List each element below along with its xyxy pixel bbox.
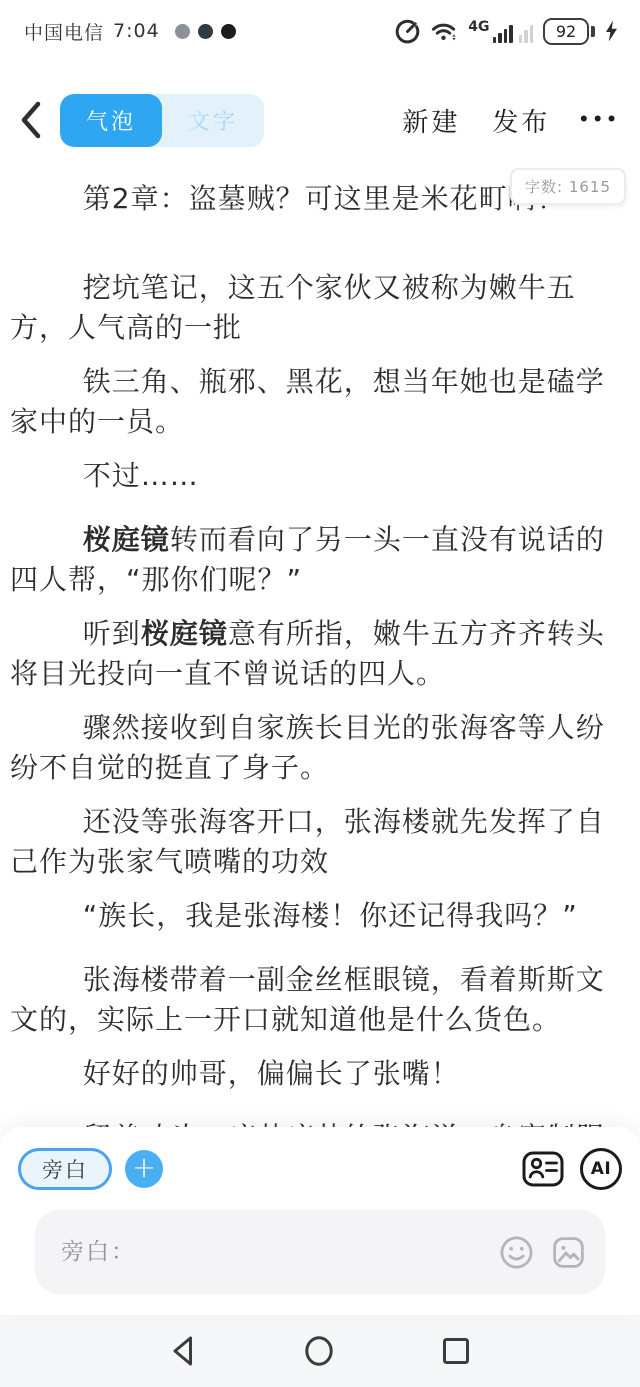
nav-recents-button[interactable]	[440, 1335, 472, 1367]
data-saver-icon	[395, 19, 420, 44]
message-input-row	[35, 1210, 605, 1294]
add-role-button[interactable]: +	[125, 1150, 163, 1188]
app-notification-icon	[221, 24, 236, 39]
paragraph[interactable]: “族长，我是张海楼！你还记得我吗？”	[10, 896, 630, 936]
signal-bars-icon: 4G	[468, 19, 533, 43]
publish-button[interactable]: 发布	[492, 102, 550, 139]
more-icon[interactable]: •••	[578, 110, 620, 130]
paragraph[interactable]: 好好的帅哥，偏偏长了张嘴！	[10, 1054, 630, 1094]
mode-toggle: 气泡 文字	[60, 94, 264, 147]
nav-home-button[interactable]	[302, 1333, 336, 1369]
status-time: 7:04	[113, 20, 160, 42]
emoji-icon[interactable]	[498, 1234, 535, 1271]
app-notification-icon	[198, 24, 213, 39]
battery-nub	[591, 26, 595, 37]
paragraph[interactable]: 张海楼带着一副金丝框眼镜，看着斯斯文文的，实际上一开口就知道他是什么货色。	[10, 960, 630, 1040]
notification-icons	[175, 24, 236, 39]
paragraph[interactable]: 桜庭镜转而看向了另一头一直没有说话的四人帮，“那你们呢？”	[10, 520, 630, 600]
plus-icon: +	[132, 1153, 156, 1182]
new-chapter-button[interactable]: 新建	[402, 102, 460, 139]
network-type-label: 4G	[468, 19, 489, 35]
app-screen: 中国电信 7:04 4G	[0, 0, 640, 1387]
app-header: 气泡 文字 新建 发布 •••	[0, 88, 640, 152]
image-icon[interactable]	[550, 1234, 587, 1271]
ai-label: AI	[591, 1159, 611, 1179]
paragraph[interactable]: 听到桜庭镜意有所指，嫩牛五方齐齐转头将目光投向一直不曾说话的四人。	[10, 614, 630, 694]
android-nav-bar	[0, 1315, 640, 1387]
tab-bubble[interactable]: 气泡	[60, 94, 162, 147]
status-bar: 中国电信 7:04 4G	[0, 0, 640, 56]
word-count-badge: 字数: 1615	[510, 168, 626, 205]
paragraph[interactable]: 骤然接收到自家族长目光的张海客等人纷纷不自觉的挺直了身子。	[10, 708, 630, 788]
composer-panel: 旁白 + AI	[0, 1127, 640, 1315]
charging-bolt-icon	[605, 20, 618, 42]
paragraph[interactable]: 铁三角、瓶邪、黑花，想当年她也是磕学家中的一员。	[10, 362, 630, 442]
nav-back-button[interactable]	[168, 1334, 198, 1368]
carrier-label: 中国电信	[24, 18, 104, 45]
ai-assistant-button[interactable]: AI	[580, 1148, 622, 1190]
app-notification-icon	[175, 24, 190, 39]
character-card-button[interactable]	[520, 1146, 566, 1192]
tab-text[interactable]: 文字	[162, 94, 264, 147]
paragraph[interactable]: 不过……	[10, 456, 630, 496]
paragraph[interactable]: 还没等张海客开口，张海楼就先发挥了自己作为张家气喷嘴的功效	[10, 802, 630, 882]
wifi-icon	[430, 20, 458, 42]
role-pill-narrator[interactable]: 旁白	[18, 1148, 112, 1190]
back-button[interactable]	[16, 99, 44, 141]
paragraph[interactable]: 挖坑笔记，这五个家伙又被称为嫩牛五方，人气高的一批	[10, 268, 630, 348]
battery-percent: 92	[543, 18, 589, 45]
battery-indicator: 92	[543, 18, 595, 45]
message-input[interactable]	[59, 1238, 498, 1266]
